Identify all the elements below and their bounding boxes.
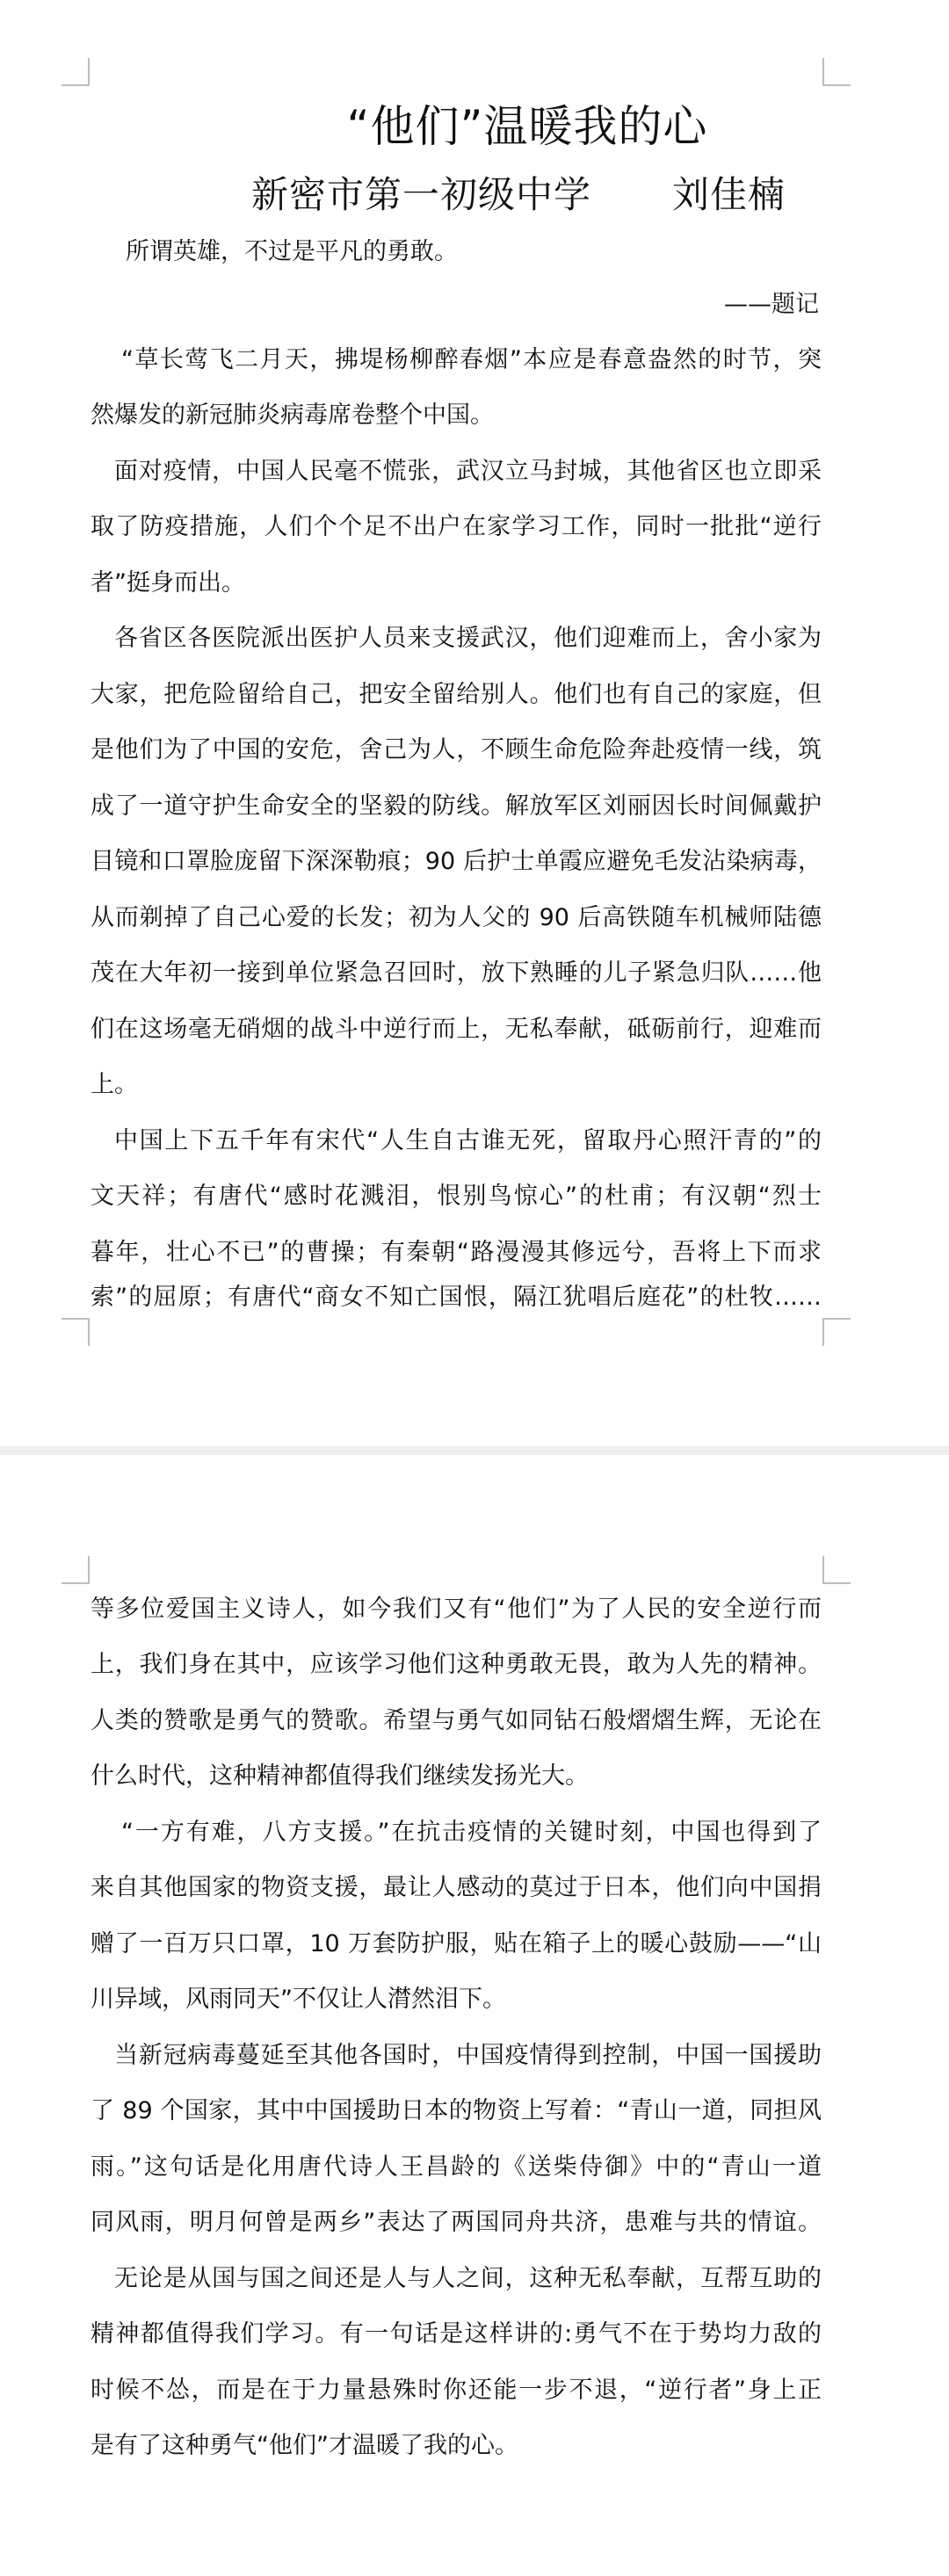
body-line: 当新冠病毒蔓延至其他各国时，中国疫情得到控制，中国一国援助 [114,2041,822,2071]
margin-corner-mark-top-left [62,58,90,86]
body-line: “一方有难，八方支援。”在抗击疫情的关键时刻，中国也得到了 [121,1818,822,1848]
body-line: 赠了一百万只口罩，10 万套防护服，贴在箱子上的暖心鼓励——“山 [91,1929,822,1959]
body-line: 人类的赞歌是勇气的赞歌。希望与勇气如同钻石般熠熠生辉，无论在 [91,1706,822,1736]
body-line: 时候不怂，而是在于力量悬殊时你还能一步不退，“逆行者”身上正 [91,2376,822,2406]
body-line: 索”的屈原；有唐代“商女不知亡国恨，隔江犹唱后庭花”的杜牧…… [91,1283,822,1313]
page-separator [0,1446,949,1455]
body-line: 文天祥；有唐代“感时花溅泪，恨别鸟惊心”的杜甫；有汉朝“烈士 [91,1182,822,1212]
body-line: 然爆发的新冠肺炎病毒席卷整个中国。 [91,401,822,431]
author-name: 刘佳楠 [672,173,786,216]
body-line: 暮年，壮心不已”的曹操；有秦朝“路漫漫其修远兮，吾将上下而求 [91,1238,822,1268]
body-line: 川异域，风雨同天”不仅让人潸然泪下。 [91,1985,822,2015]
body-line: 来自其他国家的物资支援，最让人感动的莫过于日本，他们向中国捐 [91,1873,822,1903]
byline: 新密市第一初级中学刘佳楠 [251,173,786,217]
epigraph-source: ——题记 [724,290,819,320]
body-line: 们在这场毫无硝烟的战斗中逆行而上，无私奉献，砥砺前行，迎难而 [91,1015,822,1045]
body-line: 中国上下五千年有宋代“人生自古谁无死，留取丹心照汗青的”的 [114,1126,822,1156]
body-line: 者”挺身而出。 [91,568,822,598]
margin-corner-mark-top-right [822,58,851,86]
margin-corner-mark-top-left [62,1556,90,1584]
body-line: 是他们为了中国的安危，舍己为人，不顾生命危险奔赴疫情一线，筑 [91,735,822,765]
body-line: 面对疫情，中国人民毫不慌张，武汉立马封城，其他省区也立即采 [114,457,822,487]
body-line: 雨。”这句话是化用唐代诗人王昌龄的《送柴侍御》中的“青山一道 [91,2153,822,2182]
epigraph: 所谓英雄，不过是平凡的勇敢。 [126,237,458,267]
margin-corner-mark-top-right [822,1556,851,1584]
body-line: “草长莺飞二月天，拂堤杨柳醉春烟”本应是春意盎然的时节，突 [121,345,822,375]
body-line: 从而剃掉了自己心爱的长发；初为人父的 90 后高铁随车机械师陆德 [91,903,822,933]
page-1: “他们”温暖我的心 新密市第一初级中学刘佳楠 所谓英雄，不过是平凡的勇敢。 ——… [0,0,949,1446]
body-line: 等多位爱国主义诗人，如今我们又有“他们”为了人民的安全逆行而 [91,1595,822,1624]
page-2: 等多位爱国主义诗人，如今我们又有“他们”为了人民的安全逆行而 上，我们身在其中，… [0,1455,949,2576]
body-line: 目镜和口罩脸庞留下深深勒痕；90 后护士单霞应避免毛发沾染病毒， [91,847,822,877]
school-name: 新密市第一初级中学 [251,173,591,216]
body-line: 各省区各医院派出医护人员来支援武汉，他们迎难而上，舍小家为 [114,624,822,654]
body-line: 上，我们身在其中，应该学习他们这种勇敢无畏，敢为人先的精神。 [91,1650,822,1680]
body-line: 无论是从国与国之间还是人与人之间，这种无私奉献，互帮互助的 [114,2264,822,2294]
body-line: 了 89 个国家，其中中国援助日本的物资上写着：“青山一道，同担风 [91,2096,822,2126]
body-line: 什么时代，这种精神都值得我们继续发扬光大。 [91,1762,822,1791]
body-line: 成了一道守护生命安全的坚毅的防线。解放军区刘丽因长时间佩戴护 [91,792,822,821]
margin-corner-mark-bottom-left [62,1318,90,1346]
document-title: “他们”温暖我的心 [0,100,949,153]
body-line: 取了防疫措施，人们个个足不出户在家学习工作，同时一批批“逆行 [91,512,822,542]
body-line: 茂在大年初一接到单位紧急召回时，放下熟睡的儿子紧急归队……他 [91,959,822,988]
body-line: 大家，把危险留给自己，把安全留给别人。他们也有自己的家庭，但 [91,680,822,710]
body-line: 上。 [91,1070,822,1100]
body-line: 是有了这种勇气“他们”才温暖了我的心。 [91,2431,822,2461]
margin-corner-mark-bottom-right [822,1318,851,1346]
body-line: 同风雨，明月何曾是两乡”表达了两国同舟共济，患难与共的情谊。 [91,2208,822,2238]
body-line: 精神都值得我们学习。有一句话是这样讲的:勇气不在于势均力敌的 [91,2319,822,2349]
